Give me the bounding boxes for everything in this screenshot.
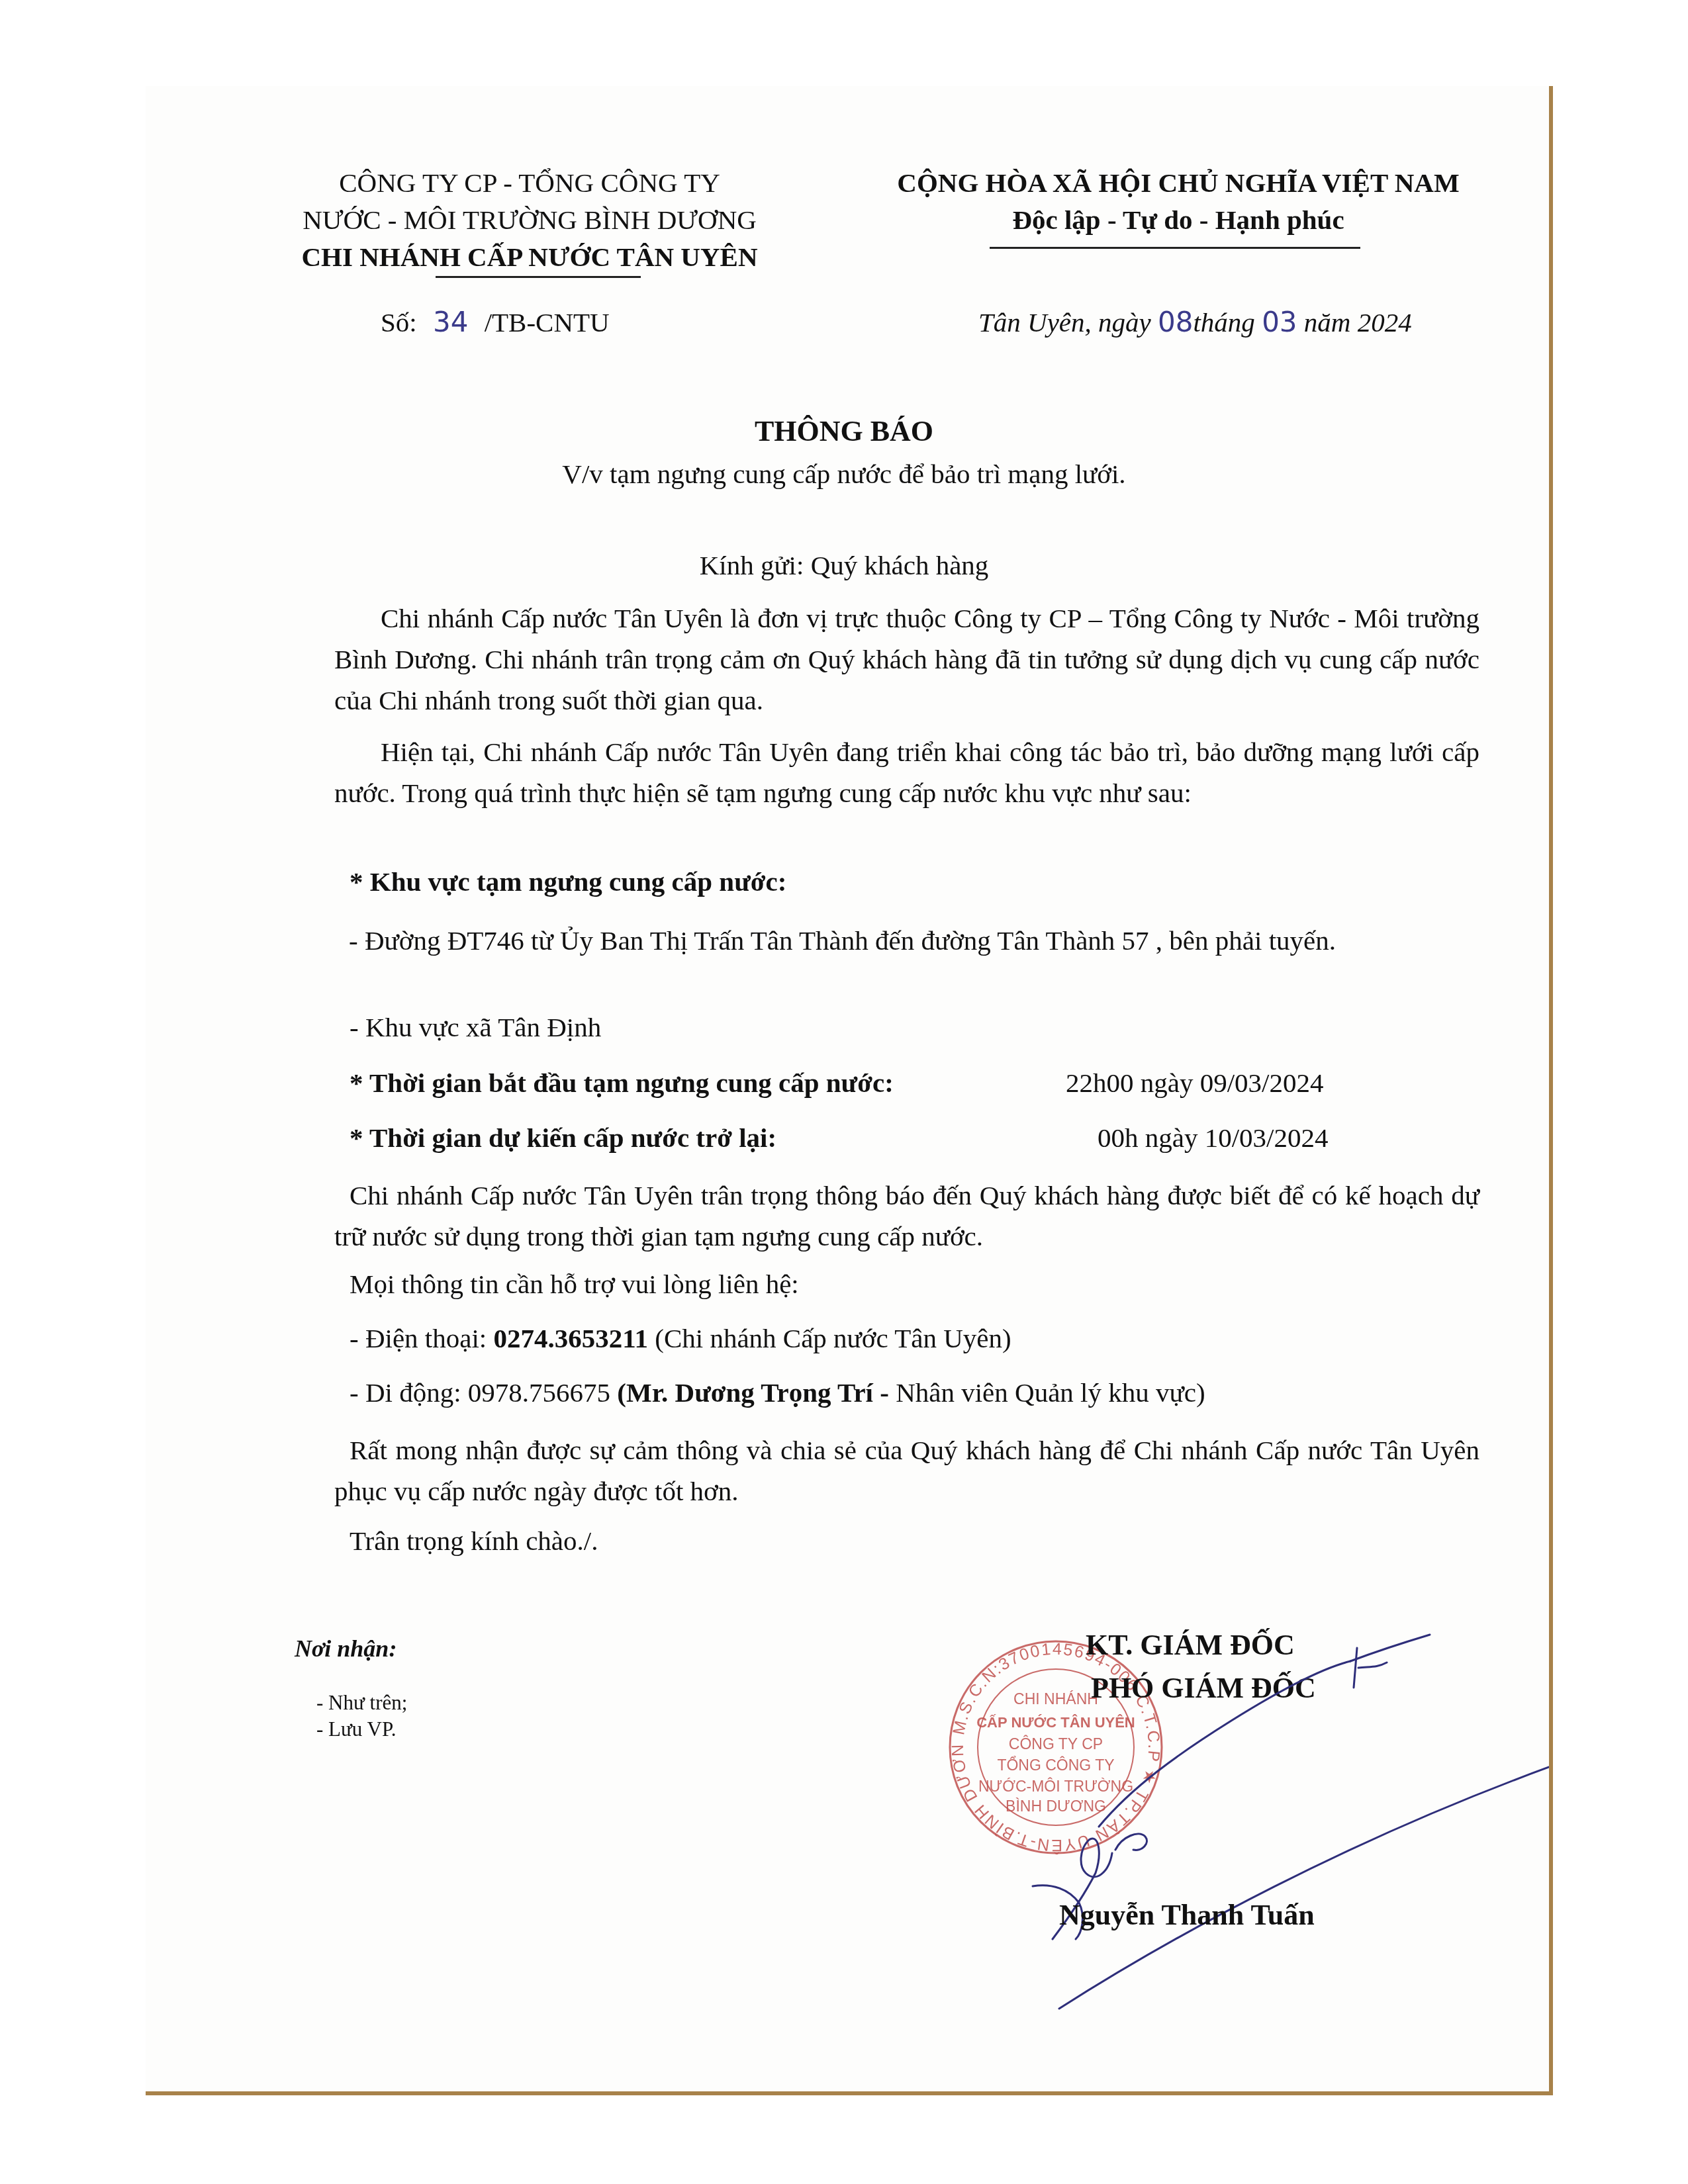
signatory-name: Nguyễn Thanh Tuấn — [1059, 1898, 1315, 1932]
phone-label: - Điện thoại: — [350, 1323, 487, 1353]
ref-prefix: Số: — [381, 307, 417, 338]
document-date: Tân Uyên, ngày 08tháng 03 năm 2024 — [978, 306, 1412, 338]
paragraph-intro: Chi nhánh Cấp nước Tân Uyên là đơn vị tr… — [334, 598, 1479, 721]
handwritten-signature — [980, 1621, 1549, 2019]
recipients-title: Nơi nhận: — [295, 1635, 397, 1662]
national-motto: Độc lập - Tự do - Hạnh phúc — [841, 201, 1516, 238]
motto-underline — [990, 247, 1360, 249]
org-line-3: CHI NHÁNH CẤP NƯỚC TÂN UYÊN — [265, 238, 794, 275]
area-item-2: - Khu vực xã Tân Định — [350, 1011, 601, 1043]
date-prefix: Tân Uyên, ngày — [978, 307, 1151, 338]
phone-note: (Chi nhánh Cấp nước Tân Uyên) — [655, 1323, 1011, 1353]
contact-phone: - Điện thoại: 0274.3653211 (Chi nhánh Cấ… — [350, 1322, 1011, 1354]
recipient-item: - Lưu VP. — [316, 1717, 396, 1741]
organization-header: CÔNG TY CP - TỔNG CÔNG TY NƯỚC - MÔI TRƯ… — [265, 164, 794, 275]
date-month-label: tháng — [1193, 307, 1254, 338]
closing-salutation: Trân trọng kính chào./. — [350, 1525, 598, 1557]
recipient-item: - Như trên; — [316, 1691, 407, 1715]
resume-time-label: * Thời gian dự kiến cấp nước trở lại: — [350, 1122, 776, 1154]
ref-number: 34 — [433, 306, 468, 338]
notice-title: THÔNG BÁO — [0, 414, 1688, 448]
national-title: CỘNG HÒA XÃ HỘI CHỦ NGHĨA VIỆT NAM — [841, 164, 1516, 201]
start-time-value: 22h00 ngày 09/03/2024 — [1066, 1067, 1323, 1099]
notice-subtitle: V/v tạm ngưng cung cấp nước để bảo trì m… — [0, 458, 1688, 490]
mobile-person: (Mr. Dương Trọng Trí - — [617, 1377, 889, 1408]
mobile-role: Nhân viên Quản lý khu vực) — [896, 1377, 1205, 1408]
contact-mobile: - Di động: 0978.756675 (Mr. Dương Trọng … — [350, 1377, 1205, 1408]
national-header: CỘNG HÒA XÃ HỘI CHỦ NGHĨA VIỆT NAM Độc l… — [841, 164, 1516, 238]
greeting: Kính gửi: Quý khách hàng — [0, 549, 1688, 581]
area-item-1: - Đường ĐT746 từ Ủy Ban Thị Trấn Tân Thà… — [334, 920, 1479, 961]
contact-intro: Mọi thông tin cần hỗ trợ vui lòng liên h… — [350, 1268, 799, 1300]
date-month: 03 — [1262, 306, 1297, 338]
date-year: năm 2024 — [1304, 307, 1412, 338]
date-day: 08 — [1158, 306, 1193, 338]
resume-time-value: 00h ngày 10/03/2024 — [1098, 1122, 1328, 1154]
org-line-2: NƯỚC - MÔI TRƯỜNG BÌNH DƯƠNG — [265, 201, 794, 238]
phone-number: 0274.3653211 — [493, 1323, 648, 1353]
paragraph-advice: Chi nhánh Cấp nước Tân Uyên trân trọng t… — [334, 1175, 1479, 1257]
paragraph-closing: Rất mong nhận được sự cảm thông và chia … — [334, 1430, 1479, 1512]
document-reference: Số: 34 /TB-CNTU — [381, 306, 610, 338]
start-time-label: * Thời gian bắt đầu tạm ngưng cung cấp n… — [350, 1067, 894, 1099]
org-underline — [436, 276, 641, 278]
area-heading: * Khu vực tạm ngưng cung cấp nước: — [350, 866, 786, 897]
org-line-1: CÔNG TY CP - TỔNG CÔNG TY — [265, 164, 794, 201]
ref-suffix: /TB-CNTU — [485, 307, 610, 338]
paragraph-maintenance: Hiện tại, Chi nhánh Cấp nước Tân Uyên đa… — [334, 731, 1479, 813]
mobile-label: - Di động: 0978.756675 — [350, 1377, 610, 1408]
